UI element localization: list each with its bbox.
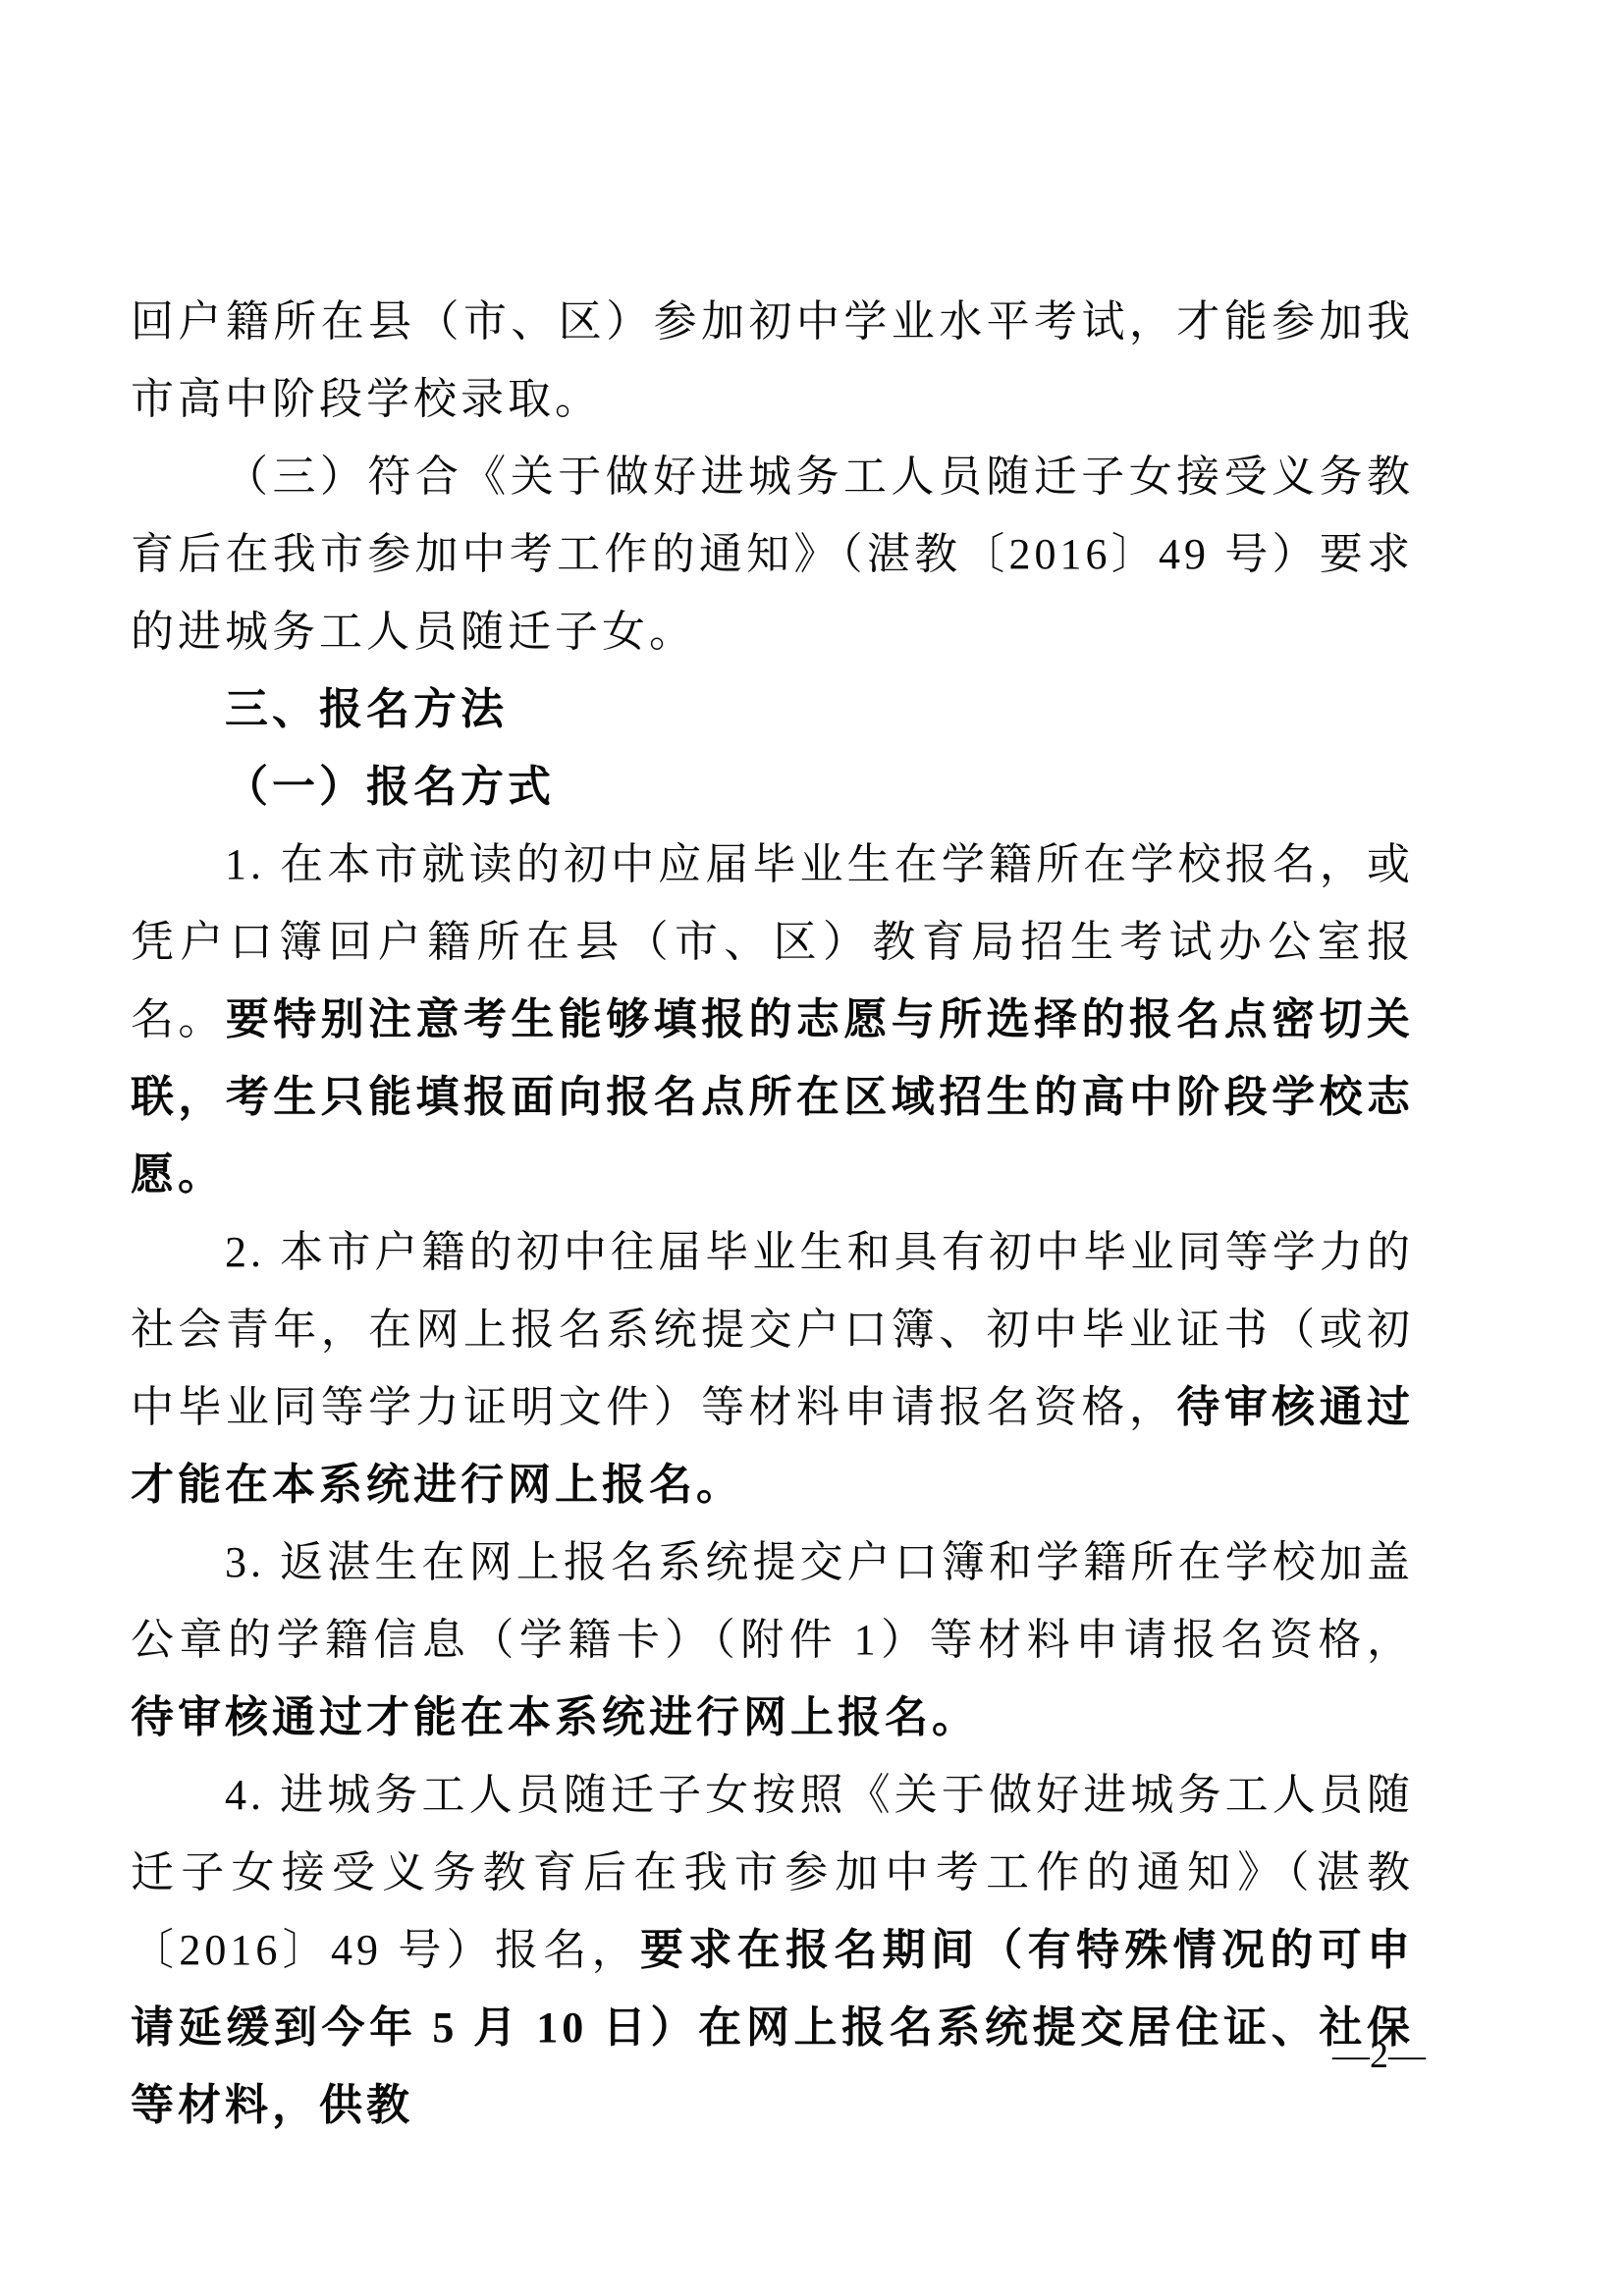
paragraph-text: 3. 返湛生在网上报名系统提交户口簿和学籍所在学校加盖公章的学籍信息（学籍卡）（… (131, 1538, 1414, 1664)
document-page: 回户籍所在县（市、区）参加初中学业水平考试，才能参加我市高中阶段学校录取。 （三… (0, 0, 1624, 2296)
paragraph-item-three: （三）符合《关于做好进城务工人员随迁子女接受义务教育后在我市参加中考工作的通知》… (131, 438, 1414, 670)
sub-heading: （一）报名方式 (131, 748, 1414, 826)
paragraph-point-2: 2. 本市户籍的初中往届毕业生和具有初中毕业同等学力的社会青年，在网上报名系统提… (131, 1213, 1414, 1523)
paragraph-text: 回户籍所在县（市、区）参加初中学业水平考试，才能参加我市高中阶段学校录取。 (131, 297, 1414, 423)
paragraph-emphasis: 待审核通过才能在本系统进行网上报名。 (131, 1693, 979, 1741)
page-number: —2— (1308, 2034, 1426, 2077)
paragraph-point-1: 1. 在本市就读的初中应届毕业生在学籍所在学校报名，或凭户口簿回户籍所在县（市、… (131, 826, 1414, 1213)
sub-heading-text: （一）报名方式 (225, 763, 555, 811)
document-body: 回户籍所在县（市、区）参加初中学业水平考试，才能参加我市高中阶段学校录取。 （三… (131, 283, 1414, 2144)
paragraph-point-3: 3. 返湛生在网上报名系统提交户口簿和学籍所在学校加盖公章的学籍信息（学籍卡）（… (131, 1523, 1414, 1756)
section-heading: 三、报名方法 (131, 670, 1414, 748)
paragraph-continuation: 回户籍所在县（市、区）参加初中学业水平考试，才能参加我市高中阶段学校录取。 (131, 283, 1414, 438)
paragraph-emphasis: 要特别注意考生能够填报的志愿与所选择的报名点密切关联，考生只能填报面向报名点所在… (131, 995, 1414, 1199)
section-heading-text: 三、报名方法 (225, 685, 508, 733)
paragraph-point-4: 4. 进城务工人员随迁子女按照《关于做好进城务工人员随迁子女接受义务教育后在我市… (131, 1756, 1414, 2144)
paragraph-text: （三）符合《关于做好进城务工人员随迁子女接受义务教育后在我市参加中考工作的通知》… (131, 453, 1414, 656)
